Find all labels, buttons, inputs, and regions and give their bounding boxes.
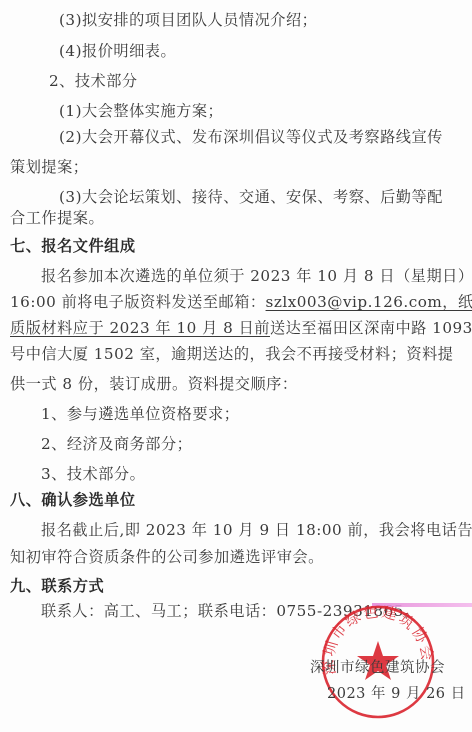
list-item: (3)大会论坛策划、接待、交通、安保、考察、后勤等配: [59, 187, 443, 207]
list-item: (1)大会整体实施方案；: [59, 101, 223, 121]
list-item: (4)报价明细表。: [59, 41, 176, 61]
paragraph-line: 号中信大厦 1502 室，逾期送达的，我会不再接受材料；资料提: [10, 344, 454, 364]
paragraph-line: 供一式 8 份，装订成册。资料提交顺序：: [10, 374, 298, 394]
section-heading-8: 八、确认参选单位: [10, 490, 136, 510]
paragraph-line: 合工作提案。: [10, 208, 104, 228]
list-item: 3、技术部分。: [41, 464, 145, 484]
paragraph-line: 策划提案；: [10, 157, 88, 177]
pink-mark: [372, 603, 472, 607]
paragraph-line: 知初审符合资质条件的公司参加遴选评审会。: [10, 547, 324, 567]
list-item: (3)拟安排的项目团队人员情况介绍；: [59, 10, 317, 30]
signature-organization: 深圳市绿色建筑协会: [310, 658, 445, 678]
paragraph-line: 质版材料应于 2023 年 10 月 8 日前送达至福田区深南中路 1093: [10, 318, 472, 338]
email-link[interactable]: szlx003@vip.126.com，纸: [266, 293, 472, 311]
paragraph-line: 报名参加本次遴选的单位须于 2023 年 10 月 8 日（星期日）: [41, 266, 472, 286]
list-item: (2)大会开幕仪式、发布深圳倡议等仪式及考察路线宣传: [59, 127, 443, 147]
text: 16:00 前将电子版资料发送至邮箱：: [10, 293, 266, 311]
contact-line: 联系人：高工、马工；联系电话：0755-23931865。: [41, 601, 420, 621]
section-heading-7: 七、报名文件组成: [10, 236, 136, 256]
document-page: (3)拟安排的项目团队人员情况介绍； (4)报价明细表。 2、技术部分 (1)大…: [0, 0, 472, 732]
underlined-text: 质版材料应于 2023 年 10 月 8 日前: [10, 319, 270, 337]
section-heading-9: 九、联系方式: [10, 576, 104, 596]
signature-date: 2023 年 9 月 26 日: [327, 684, 466, 704]
text: 送达至福田区深南中路 1093: [270, 319, 472, 337]
list-item: 2、经济及商务部分；: [41, 434, 192, 454]
paragraph-line: 报名截止后,即 2023 年 10 月 9 日 18:00 前，我会将电话告: [41, 520, 472, 540]
paragraph-line: 16:00 前将电子版资料发送至邮箱：szlx003@vip.126.com，纸: [10, 292, 472, 312]
sub-heading: 2、技术部分: [49, 71, 138, 91]
list-item: 1、参与遴选单位资格要求；: [41, 404, 239, 424]
